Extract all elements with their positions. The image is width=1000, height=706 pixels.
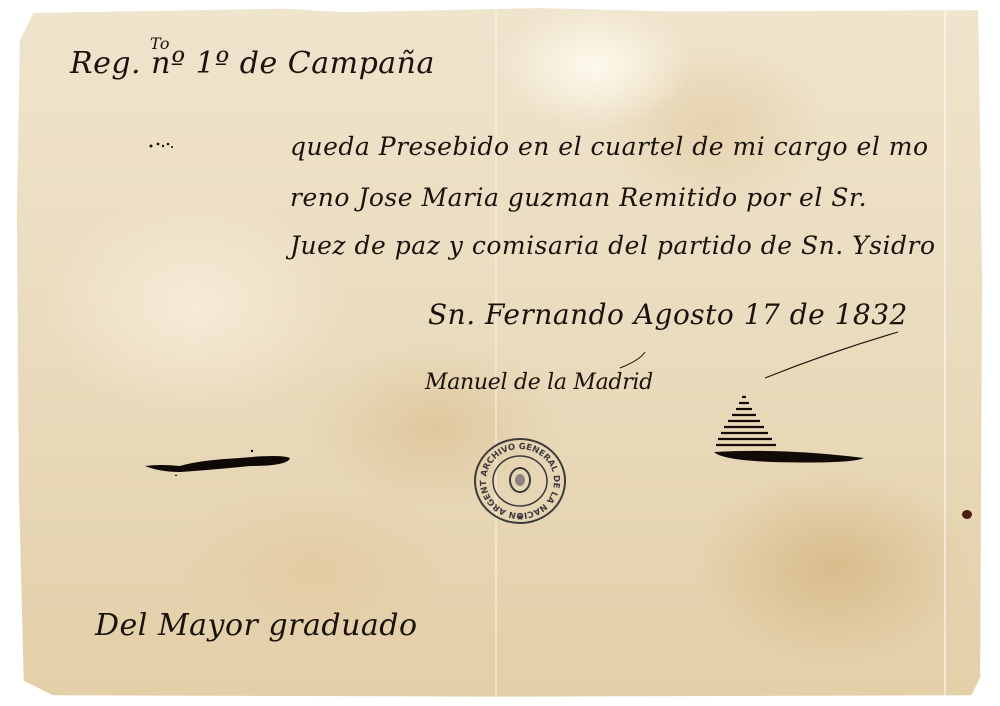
addressee-line: To Reg. nº 1º de Campaña xyxy=(70,46,435,81)
body-line-1: queda Presebido en el cuartel de mi carg… xyxy=(290,132,929,161)
body-line-2: reno Jose Maria guzman Remitido por el S… xyxy=(290,183,867,212)
body-line-3: Juez de paz y comisaria del partido de S… xyxy=(290,231,936,260)
signature-rubric-icon xyxy=(712,392,872,467)
paper-fold-crease xyxy=(495,6,497,696)
footer-title: Del Mayor graduado xyxy=(95,608,418,643)
ink-dot xyxy=(962,510,972,519)
signature: Manuel de la Madrid xyxy=(425,370,653,395)
ink-specks xyxy=(148,140,178,150)
place-date-line: Sn. Fernando Agosto 17 de 1832 xyxy=(428,298,908,331)
ink-blot-strike xyxy=(140,446,300,476)
seal-star-icon: ★ xyxy=(516,512,524,522)
paper-fold-crease-right xyxy=(944,6,946,696)
addressee-text: Reg. nº 1º de Campaña xyxy=(70,46,435,81)
addressee-superscript: To xyxy=(150,34,170,53)
archive-seal-stamp: ARCHIVO GENERAL DE LA NACION ARGENTINA ★ xyxy=(473,437,567,525)
